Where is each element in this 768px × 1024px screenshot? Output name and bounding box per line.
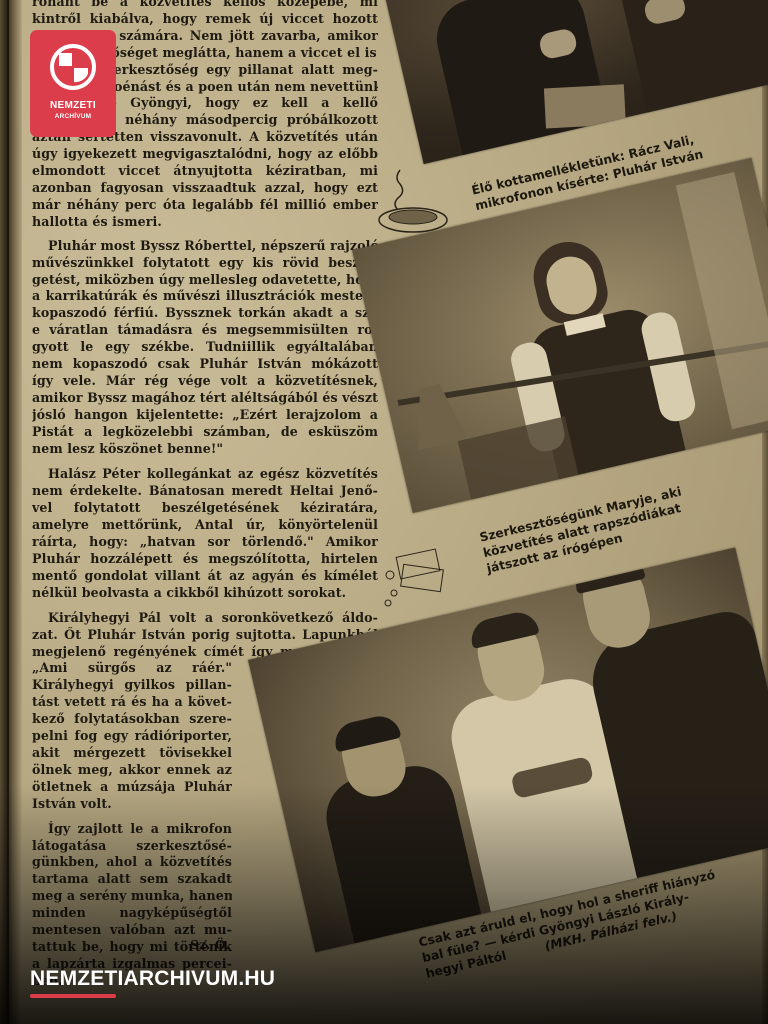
logo-text-secondary: ARCHÍVUM: [30, 113, 116, 120]
text-line: tartama alatt sem szakadt: [32, 871, 232, 888]
papers-sketch-icon: [380, 545, 460, 615]
text-line: nem kopaszodó csak Pluhár István mókázot…: [32, 356, 378, 373]
text-line: „Ami sürgős az ráér.": [32, 660, 232, 677]
text-line: günkben, ahol a közvetítés: [32, 854, 232, 871]
text-line: amelyre mettőrünk, Antal úr, könyörtelen…: [32, 517, 378, 534]
text-line: jósló hangon kijelentette: „Ezért lerajz…: [32, 407, 378, 424]
paragraph-5: Így zajlott le a mikrofon látogatása sze…: [32, 821, 232, 990]
photo-racz-vali: [372, 0, 768, 164]
text-line: ötletnek a múzsája Pluhár: [32, 779, 232, 796]
text-line: azonban fagyosan visszaadtuk azzal, hogy…: [32, 180, 378, 197]
text-line: Királyhegyi gyilkos pillan-: [32, 677, 232, 694]
text-line: amikor Byssz magához tért alélt­ságából …: [32, 390, 378, 407]
text-line: pelni fog egy rádióriporter,: [32, 728, 232, 745]
text-line: tást vetett rá és ha a követ-: [32, 694, 232, 711]
text-line: rohant be a közvetítés kellős közepébe, …: [32, 0, 378, 11]
text-line: Így zajlott le a mikrofon: [32, 821, 232, 838]
magazine-page: rohant be a közvetítés kellős közepébe, …: [0, 0, 768, 1024]
text-line: minden nagyképűségtől: [32, 905, 232, 922]
text-line: így vele. Már rég vége volt a közvetítés…: [32, 373, 378, 390]
ashtray-sketch-icon: [375, 165, 455, 245]
paragraph-3: Halász Péter kollegánkat az egész közvet…: [32, 466, 378, 601]
archive-emblem-icon: [48, 42, 98, 92]
text-line: meg a serény munka, hanem: [32, 888, 232, 905]
text-line: kező folytatásokban szere-: [32, 711, 232, 728]
text-line: úgy igyekezett megvigasztalódni, hogy az…: [32, 146, 378, 163]
author-signature: Sz. Ö.: [190, 937, 229, 952]
text-line: ráírta, hogy: „hatvan sor törlendő." Ami…: [32, 534, 378, 551]
text-line: mentő gondolat villant át az agyán és kí…: [32, 568, 378, 585]
text-line: akit mérgezett tövisekkel: [32, 745, 232, 762]
text-line: Halász Péter kollegánkat az egész közvet…: [32, 466, 378, 483]
text-line: elmondott viccet átnyujtotta kéziratban,…: [32, 163, 378, 180]
text-line: művészünkkel folytatott egy kis rövid be…: [32, 255, 378, 272]
caption-photo-2: Szerkesztőségünk Maryje, aki közvetítés …: [478, 484, 690, 577]
text-line: nélkül beolvasta a cikkből kihúzott soro…: [32, 585, 378, 602]
text-line: nem érdekelte. Bánatosan meredt Heltai J…: [32, 483, 378, 500]
text-line: látogatása szerkesztősé-: [32, 838, 232, 855]
text-line: István volt.: [32, 796, 232, 813]
text-line: ölnek meg, akkor ennek az: [32, 762, 232, 779]
text-line: gyott le egy székbe. Tudniillik egyáltal…: [32, 339, 378, 356]
text-line: a karrikatúrák és művészi illusztrációk …: [32, 288, 378, 305]
text-line: vel folytatott beszélgetésének kéziratár…: [32, 500, 378, 517]
site-url-underline: [30, 994, 116, 998]
text-line: hallotta és ismeri.: [32, 214, 378, 231]
text-line: Pistát a legközelebbi számban, de esküsz…: [32, 424, 378, 441]
text-line: kintről kiabálva, hogy remek új viccet h…: [32, 11, 378, 28]
page-gutter: [0, 0, 22, 1024]
text-line: nem lesz köszönet benne!": [32, 441, 378, 458]
paragraph-2: Pluhár most Byssz Róberttel, népszerű ra…: [32, 238, 378, 458]
text-line: Pluhár hozzálépett és megszólította, hir…: [32, 551, 378, 568]
text-line: már néhány perc óta legalább fél millió …: [32, 197, 378, 214]
text-line: Pluhár most Byssz Róberttel, népszerű ra…: [32, 238, 378, 255]
page-edge: [762, 0, 768, 1024]
text-line: getést, miközben úgy mellesleg odavetett…: [32, 272, 378, 289]
text-line: kopaszodó férfiú. Byssznek torkán akadt …: [32, 305, 378, 322]
gutter-line: [7, 0, 9, 1024]
text-line: Királyhegyi Pál volt a soronkövetkező ál…: [32, 610, 378, 627]
text-line: e váratlan támadásra és megsemmisülten r…: [32, 322, 378, 339]
nemzeti-archivum-logo[interactable]: NEMZETI ARCHÍVUM: [30, 30, 116, 137]
logo-text-primary: NEMZETI: [30, 100, 116, 111]
site-url-link[interactable]: NEMZETIARCHIVUM.HU: [30, 967, 275, 991]
